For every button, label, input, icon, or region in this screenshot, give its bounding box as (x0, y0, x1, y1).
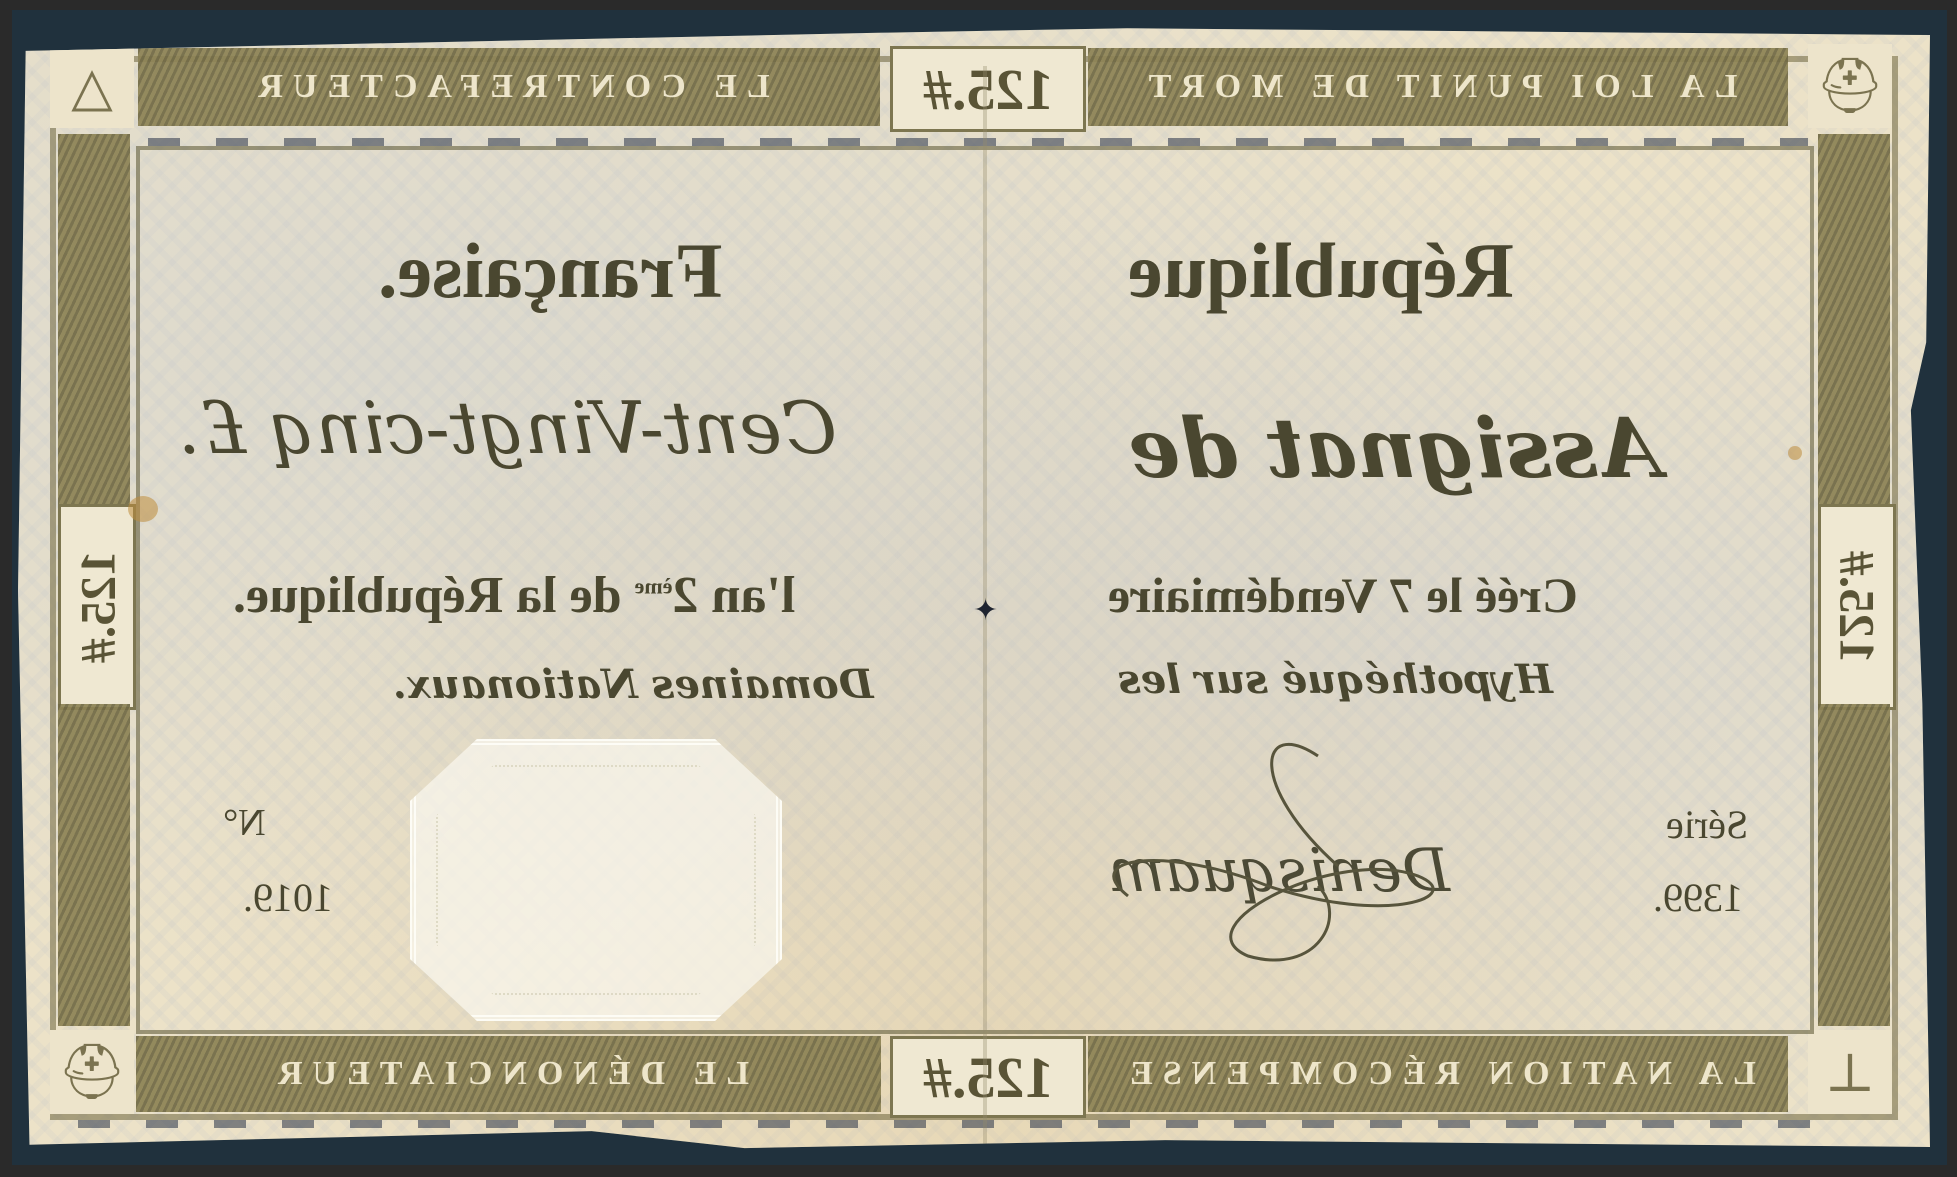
photo-stage: LE CONTREFACTEUR 125.# LA LOI PUNIT DE M… (0, 0, 1957, 1177)
right-side-band-bottom (1818, 704, 1890, 1026)
amount-in-words: Cent-Vingt-cinq £. (178, 386, 837, 470)
bottom-value-box: 125.# (890, 1036, 1086, 1118)
stain (128, 496, 158, 522)
cree-line: Créé le 7 Vendémiaire (1108, 566, 1578, 624)
top-band-right: LA LOI PUNIT DE MORT (1088, 48, 1788, 126)
right-side-value-box: 125.# (1818, 504, 1896, 710)
serie-label: Série (1666, 801, 1748, 848)
left-side-value-box: 125.# (58, 504, 136, 710)
assignat-banknote: LE CONTREFACTEUR 125.# LA LOI PUNIT DE M… (18, 26, 1930, 1156)
top-band-left: LE CONTREFACTEUR (138, 48, 880, 126)
bottom-band-right-text: LA NATION RÉCOMPENSE (1088, 1036, 1788, 1112)
seal-inner-border (436, 765, 756, 995)
right-side-value-text: 125.# (1828, 551, 1886, 664)
left-side-band-bottom (58, 704, 130, 1026)
top-band-right-text: LA LOI PUNIT DE MORT (1088, 48, 1788, 126)
stain (1788, 446, 1802, 460)
phrygian-cap-icon: ⛑ (50, 1030, 134, 1114)
serial-number: 1019. (243, 874, 333, 921)
bottom-value-text: 125.# (923, 1044, 1054, 1111)
francaise-heading: Française. (378, 226, 722, 316)
year-line: l'an 2ème de la République. (233, 566, 795, 625)
bottom-band-right: LA NATION RÉCOMPENSE (1088, 1036, 1788, 1112)
left-side-band-top (58, 134, 130, 504)
number-label: N° (223, 801, 266, 845)
right-side-band-top (1818, 134, 1890, 504)
triangle-level-icon: △ (50, 44, 134, 128)
serie-number: 1399. (1653, 874, 1743, 921)
republique-heading: République (1128, 226, 1514, 316)
bottom-band-left: LE DÉNONCIATEUR (136, 1036, 881, 1112)
top-value-text: 125.# (923, 56, 1054, 123)
left-side-value-text: 125.# (68, 551, 126, 664)
hypotheque-line: Hypothéqué sur les (1118, 656, 1553, 703)
top-value-box: 125.# (890, 46, 1086, 132)
bottom-band-left-text: LE DÉNONCIATEUR (136, 1036, 881, 1112)
phrygian-cap-icon: ⛑ (1808, 44, 1892, 128)
plumb-level-icon: ⊥ (1808, 1030, 1892, 1114)
signature-flourish-icon (1088, 726, 1538, 976)
bottom-dashes (78, 1120, 1838, 1128)
top-dashes (148, 138, 1808, 146)
top-band-left-text: LE CONTREFACTEUR (138, 48, 880, 126)
embossed-seal-icon (410, 739, 782, 1021)
domaines-line: Domaines Nationaux. (393, 661, 873, 708)
ink-mark-icon: ✦ (973, 596, 1003, 626)
assignat-heading: Assignat de (1128, 401, 1661, 497)
